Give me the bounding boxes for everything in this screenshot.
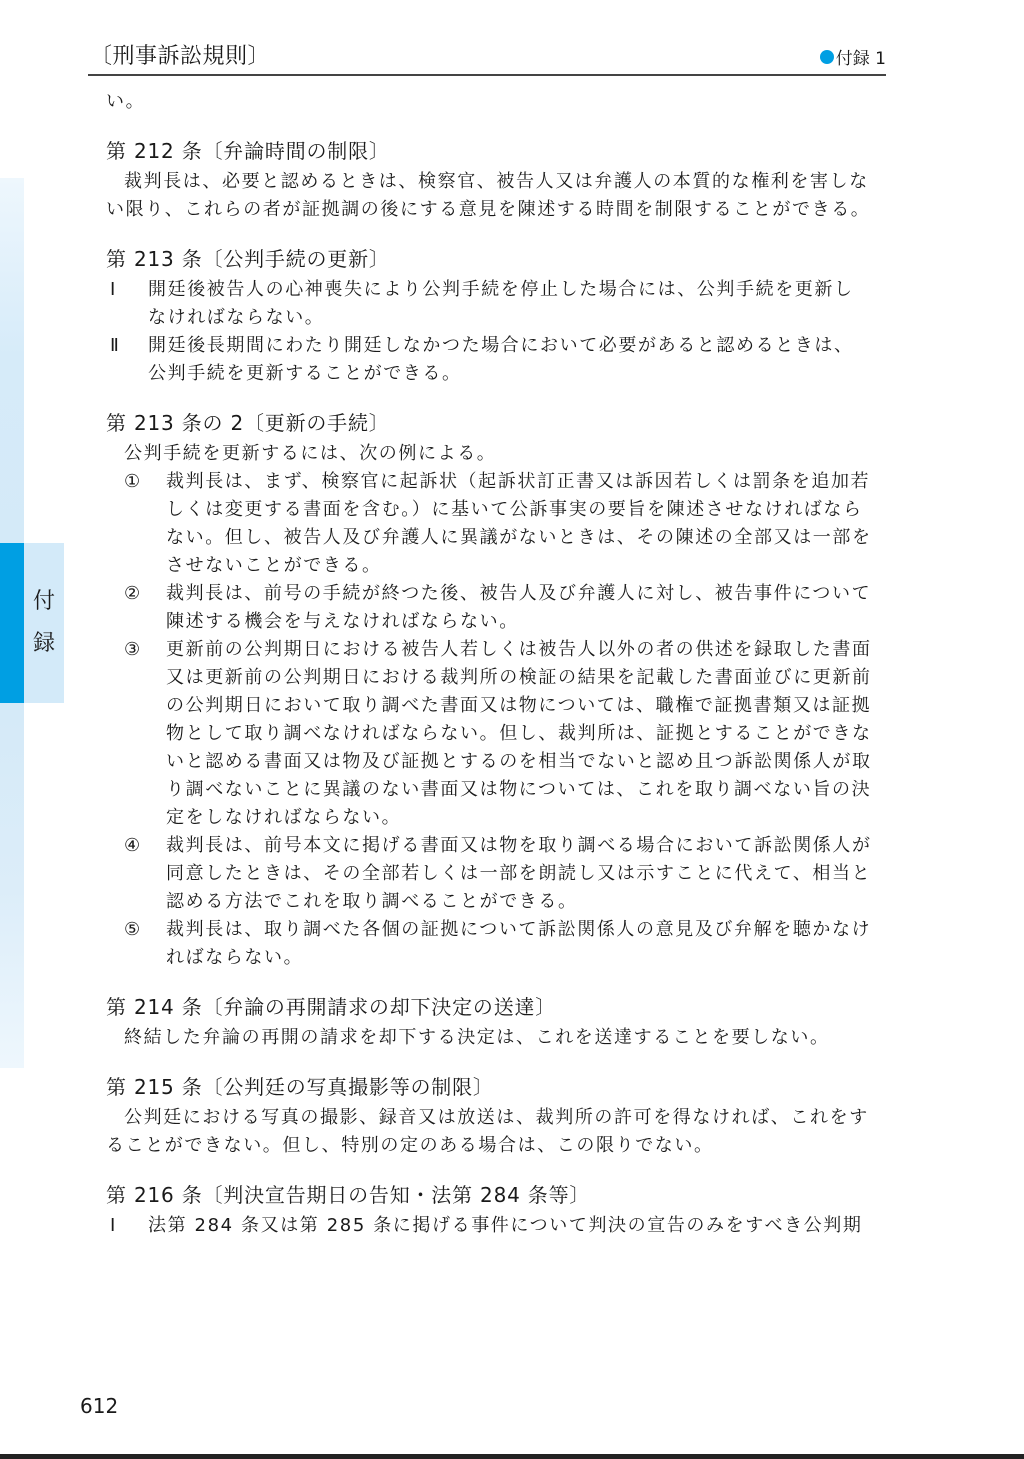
header-title: 〔刑事訴訟規則〕 [88,39,270,74]
item-number: ① [124,468,166,580]
paragraph-item: Ⅰ 法第 284 条又は第 285 条に掲げる事件について判決の宣告のみをすべき… [106,1212,872,1240]
article-214: 第 214 条〔弁論の再開請求の却下決定の送達〕 終結した弁論の再開の請求を却下… [106,992,872,1052]
article-212: 第 212 条〔弁論時間の制限〕 裁判長は、必要と認めるときは、検察官、被告人又… [106,136,872,224]
item-number: ② [124,580,166,636]
page-content: い。 第 212 条〔弁論時間の制限〕 裁判長は、必要と認めるときは、検察官、被… [106,88,872,1240]
header-section-label: 付録 1 [836,44,886,69]
list-item: ③ 更新前の公判期日における被告人若しくは被告人以外の者の供述を録取した書面又は… [106,636,872,832]
bullet-dot-icon [820,50,834,64]
list-item: ⑤ 裁判長は、取り調べた各個の証拠について訴訟関係人の意見及び弁解を聴かなければ… [106,916,872,972]
article-intro: 公判手続を更新するには、次の例による。 [106,440,872,468]
side-tab-char-2: 録 [33,623,55,665]
article-213: 第 213 条〔公判手続の更新〕 Ⅰ 開廷後被告人の心神喪失により公判手続を停止… [106,244,872,388]
item-number: ③ [124,636,166,832]
item-text: 裁判長は、まず、検察官に起訴状（起訴状訂正書又は訴因若しくは罰条を追加若しくは変… [166,468,872,580]
list-item: ① 裁判長は、まず、検察官に起訴状（起訴状訂正書又は訴因若しくは罰条を追加若しく… [106,468,872,580]
paragraph-text: 法第 284 条又は第 285 条に掲げる事件について判決の宣告のみをすべき公判… [148,1212,872,1240]
list-item: ② 裁判長は、前号の手続が終つた後、被告人及び弁護人に対し、被告事件について陳述… [106,580,872,636]
article-title: 第 215 条〔公判廷の写真撮影等の制限〕 [106,1072,872,1102]
article-body: 終結した弁論の再開の請求を却下する決定は、これを送達することを要しない。 [106,1024,872,1052]
paragraph-number: Ⅱ [110,332,148,388]
paragraph-item: Ⅱ 開廷後長期間にわたり開廷しなかつた場合において必要があると認めるときは、公判… [106,332,872,388]
header-section: 付録 1 [820,44,886,74]
article-title: 第 213 条の 2〔更新の手続〕 [106,408,872,438]
list-item: ④ 裁判長は、前号本文に掲げる書面又は物を取り調べる場合において訴訟関係人が同意… [106,832,872,916]
item-number: ④ [124,832,166,916]
side-tab-marker [0,543,24,703]
article-title: 第 214 条〔弁論の再開請求の却下決定の送達〕 [106,992,872,1022]
article-215: 第 215 条〔公判廷の写真撮影等の制限〕 公判廷における写真の撮影、録音又は放… [106,1072,872,1160]
article-title: 第 216 条〔判決宣告期日の告知・法第 284 条等〕 [106,1180,872,1210]
article-body: 裁判長は、必要と認めるときは、検察官、被告人又は弁護人の本質的な権利を害しない限… [106,168,872,224]
article-title: 第 213 条〔公判手続の更新〕 [106,244,872,274]
bottom-rule [0,1454,1024,1459]
item-text: 更新前の公判期日における被告人若しくは被告人以外の者の供述を録取した書面又は更新… [166,636,872,832]
continuation-text: い。 [106,88,872,116]
item-text: 裁判長は、前号本文に掲げる書面又は物を取り調べる場合において訴訟関係人が同意した… [166,832,872,916]
page-number: 612 [80,1394,118,1418]
article-216: 第 216 条〔判決宣告期日の告知・法第 284 条等〕 Ⅰ 法第 284 条又… [106,1180,872,1240]
article-213-2: 第 213 条の 2〔更新の手続〕 公判手続を更新するには、次の例による。 ① … [106,408,872,972]
item-text: 裁判長は、取り調べた各個の証拠について訴訟関係人の意見及び弁解を聴かなければなら… [166,916,872,972]
paragraph-number: Ⅰ [110,276,148,332]
side-tab-char-1: 付 [33,581,55,623]
item-text: 裁判長は、前号の手続が終つた後、被告人及び弁護人に対し、被告事件について陳述する… [166,580,872,636]
paragraph-text: 開廷後長期間にわたり開廷しなかつた場合において必要があると認めるときは、公判手続… [148,332,872,388]
paragraph-item: Ⅰ 開廷後被告人の心神喪失により公判手続を停止した場合には、公判手続を更新しなけ… [106,276,872,332]
running-header: 〔刑事訴訟規則〕 付録 1 [88,40,886,76]
article-body: 公判廷における写真の撮影、録音又は放送は、裁判所の許可を得なければ、これをするこ… [106,1104,872,1160]
paragraph-text: 開廷後被告人の心神喪失により公判手続を停止した場合には、公判手続を更新しなければ… [148,276,872,332]
item-number: ⑤ [124,916,166,972]
paragraph-number: Ⅰ [110,1212,148,1240]
article-title: 第 212 条〔弁論時間の制限〕 [106,136,872,166]
side-tab-appendix: 付 録 [24,543,64,703]
